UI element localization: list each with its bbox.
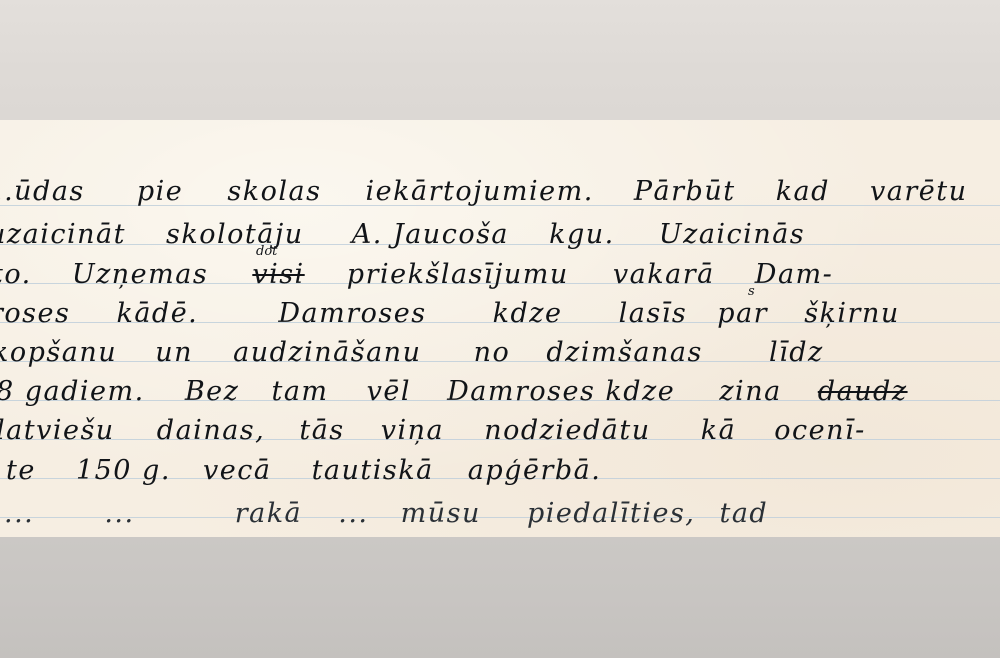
word: lasīs (619, 300, 688, 327)
word: Damroses kdze (447, 378, 675, 405)
manuscript-line-1: ..ūdas pie skolas iekārtojumiem. Pārbūt … (0, 178, 994, 205)
word: tam (271, 378, 328, 405)
word: 8 gadiem. (0, 378, 145, 405)
word: Bez (185, 378, 240, 405)
manuscript-line-8: te 150 g. vecā tautiskā apģērbā. (6, 457, 627, 484)
background-bottom (0, 537, 1000, 658)
word: kā (701, 417, 736, 444)
insertion-above: s (748, 284, 755, 299)
word: ... (4, 500, 34, 527)
word: Uzaicinās (659, 221, 805, 248)
word: ... (338, 500, 368, 527)
word: roses (0, 300, 70, 327)
word: vakarā (613, 261, 715, 288)
word: ... (104, 500, 134, 527)
insertion-above: dot (256, 244, 277, 259)
word: un (155, 339, 193, 366)
word: skolas (227, 178, 321, 205)
word: Dam- (755, 261, 833, 288)
word: šķirnu (804, 300, 900, 327)
word: nodziedātu (484, 417, 650, 444)
word: kādē. (116, 300, 198, 327)
word: to. (0, 261, 32, 288)
word: no (474, 339, 511, 366)
word: ocenī- (774, 417, 866, 444)
word: dzimšanas (546, 339, 703, 366)
word: apģērbā. (468, 457, 602, 484)
word: kdze (493, 300, 563, 327)
word: iekārtojumiem. (366, 178, 594, 205)
word: tautiskā (312, 457, 434, 484)
word: kgu. (549, 221, 615, 248)
word: līdz (769, 339, 824, 366)
background-top (0, 0, 1000, 120)
word: vecā (203, 457, 271, 484)
word: uzaicināt (0, 221, 126, 248)
manuscript-line-9: ... ... rakā ... mūsu piedalīties, tad (4, 500, 794, 527)
manuscript-line-7: latviešu dainas, tās viņa nodziedātu kā … (0, 417, 892, 444)
manuscript-line-6: 8 gadiem. Bez tam vēl Damroses kdze zina… (0, 378, 934, 405)
struck-word: daudz (818, 378, 908, 405)
word: Uzņemas (72, 261, 208, 288)
word: viņa (381, 417, 444, 444)
word: Pārbūt (634, 178, 736, 205)
word: skolotāju (166, 221, 304, 248)
word: piedalīties, (527, 500, 695, 527)
word: tās (299, 417, 344, 444)
word: vēl (367, 378, 411, 405)
word: par (717, 300, 768, 327)
word: A. Jaucoša (352, 221, 509, 248)
word: latviešu (0, 417, 115, 444)
word: priekšlasījumu (347, 261, 569, 288)
word: ..ūdas (0, 178, 85, 205)
word: kad (776, 178, 830, 205)
manuscript-line-2: uzaicināt skolotāju A. Jaucoša kgu. Uzai… (0, 221, 831, 248)
word: te (6, 457, 36, 484)
word: pie (137, 178, 183, 205)
word: Damroses (278, 300, 426, 327)
word: varētu (870, 178, 967, 205)
word: zina (719, 378, 781, 405)
manuscript-page: ..ūdas pie skolas iekārtojumiem. Pārbūt … (0, 120, 1000, 537)
manuscript-line-5: kopšanu un audzināšanu no dzimšanas līdz (0, 339, 850, 366)
word: 150 g. (76, 457, 171, 484)
manuscript-line-4: roses kādē. Damroses kdze lasīs par šķir… (0, 300, 926, 327)
word: tad (719, 500, 768, 527)
word: mūsu (401, 500, 481, 527)
manuscript-line-3: to. Uzņemas visi priekšlasījumu vakarā D… (0, 261, 859, 288)
struck-word: visi (252, 261, 304, 288)
word: dainas, (157, 417, 265, 444)
word: audzināšanu (233, 339, 421, 366)
word: kopšanu (0, 339, 117, 366)
word: rakā (235, 500, 302, 527)
